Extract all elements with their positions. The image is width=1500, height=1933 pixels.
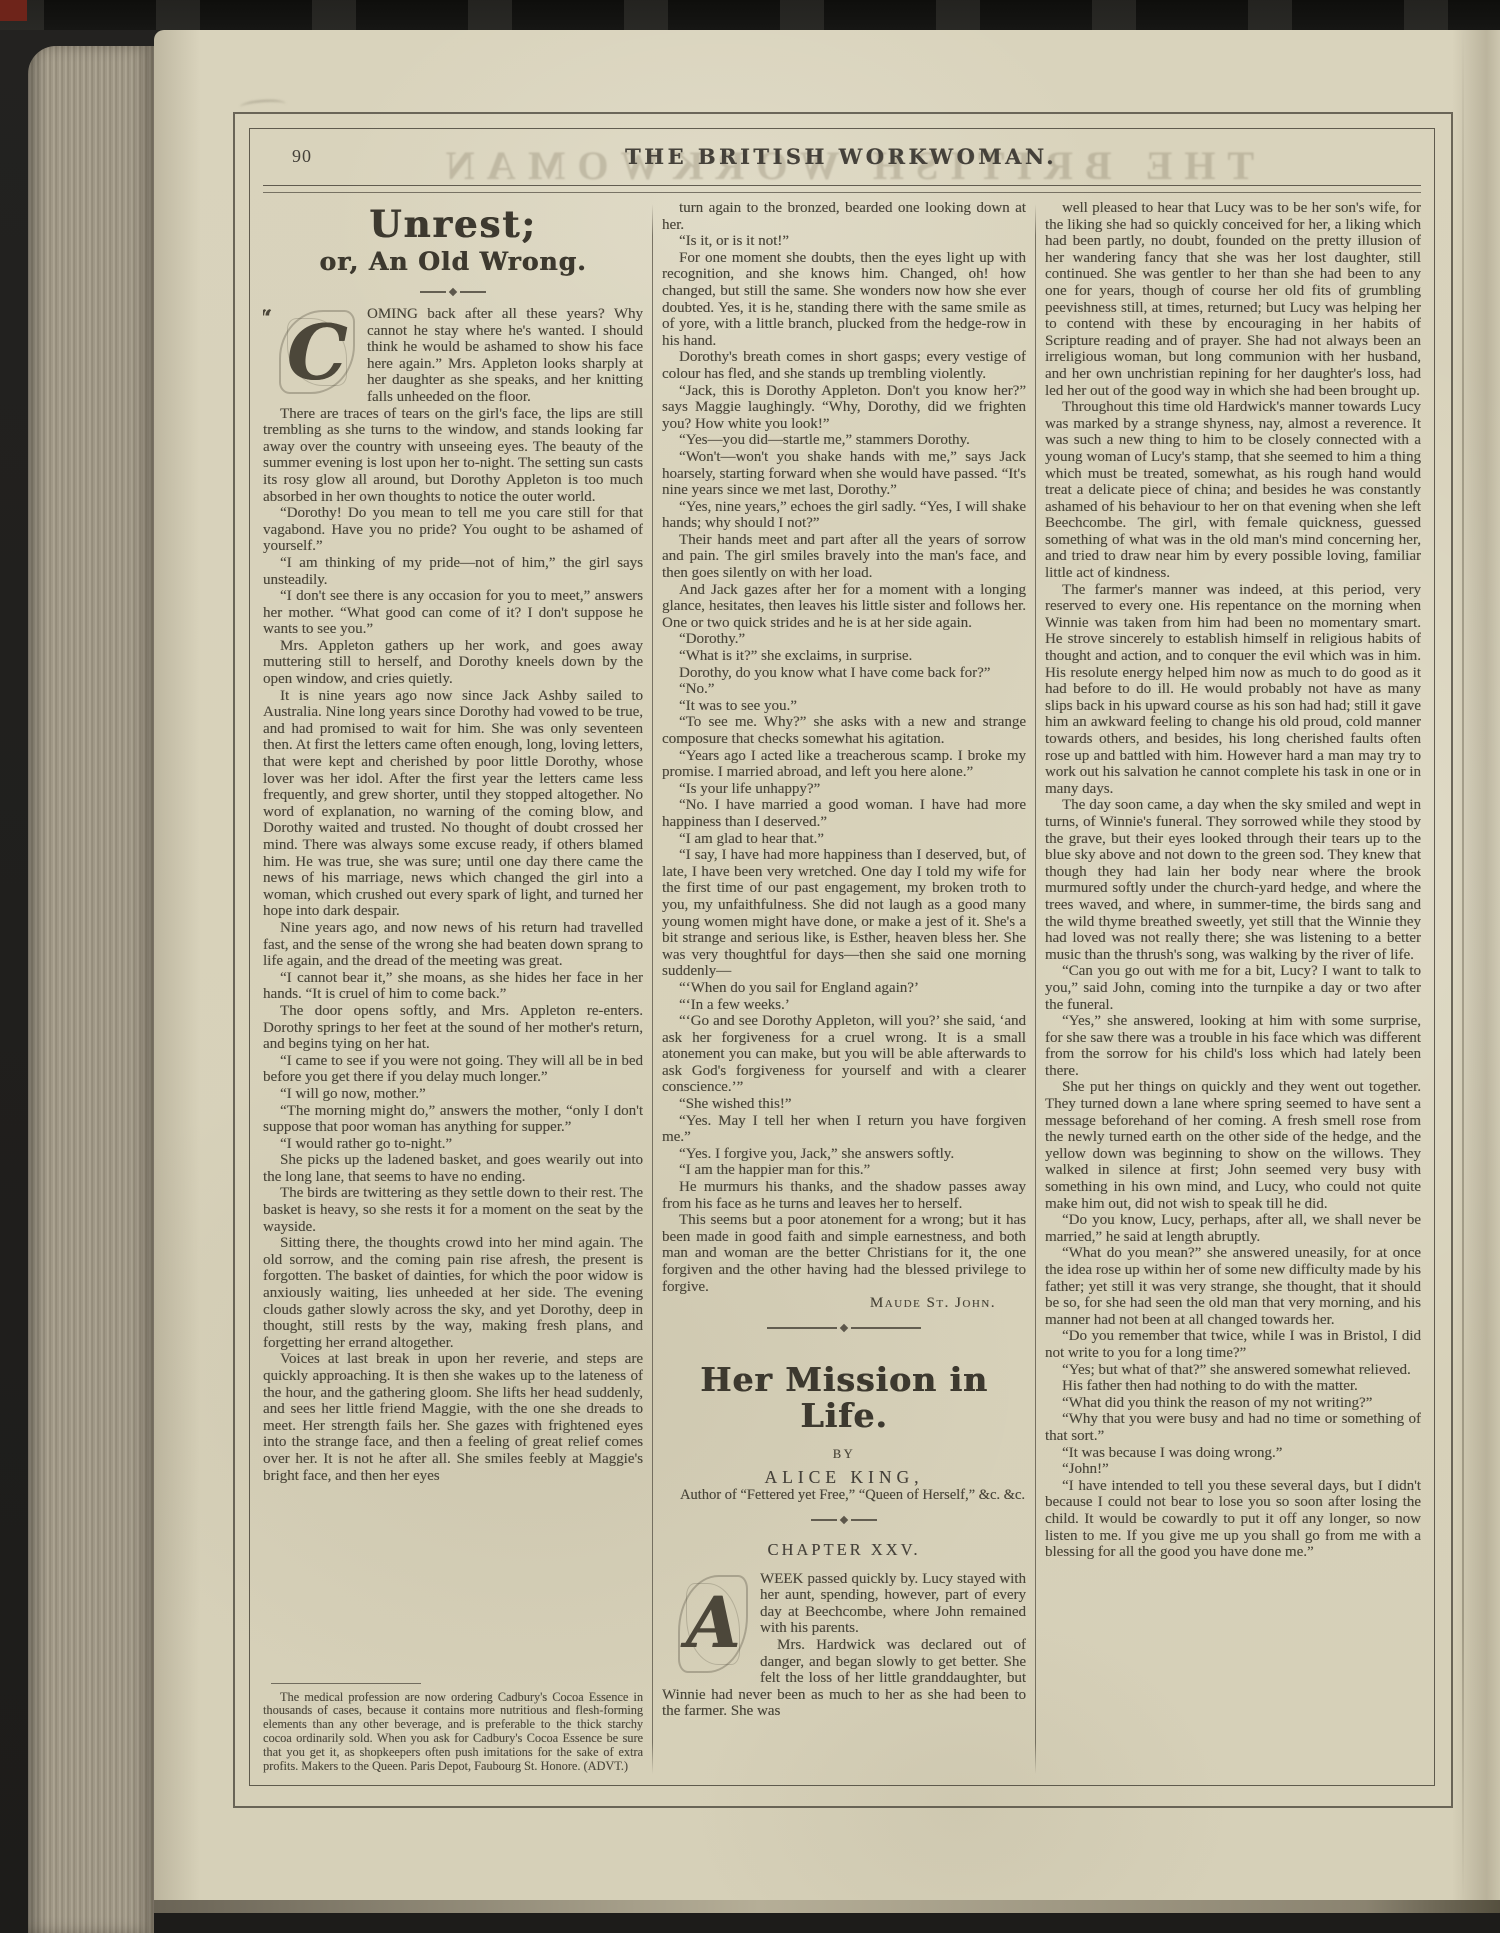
paragraph: “Dorothy! Do you mean to tell me you car… (263, 505, 643, 555)
paragraph: “I cannot bear it,” she moans, as she hi… (263, 970, 643, 1003)
paragraph: She picks up the ladened basket, and goe… (263, 1152, 643, 1185)
paragraph: “Can you go out with me for a bit, Lucy?… (1045, 963, 1421, 1013)
paragraph: “‘When do you sail for England again?’ (662, 980, 1026, 997)
paragraph: “To see me. Why?” she asks with a new an… (662, 714, 1026, 747)
paragraph: “Dorothy.” (662, 631, 1026, 648)
paragraph: “Won't—won't you shake hands with me,” s… (662, 449, 1026, 499)
story2-author: ALICE KING, (662, 1469, 1026, 1486)
paragraph: “Is your life unhappy?” (662, 781, 1026, 798)
paragraph: His father then had nothing to do with t… (1045, 1378, 1421, 1395)
paragraph: Voices at last break in upon her reverie… (263, 1351, 643, 1484)
paragraph: He murmurs his thanks, and the shadow pa… (662, 1179, 1026, 1212)
paragraph: “Yes, nine years,” echoes the girl sadly… (662, 499, 1026, 532)
paragraph: “Yes,” she answered, looking at him with… (1045, 1013, 1421, 1079)
paragraph: “Yes. I forgive you, Jack,” she answers … (662, 1146, 1026, 1163)
paragraph: She put her things on quickly and they w… (1045, 1079, 1421, 1212)
paragraph: “Yes. May I tell her when I return you h… (662, 1113, 1026, 1146)
ornament-line (851, 1519, 877, 1521)
paragraph: Nine years ago, and now news of his retu… (263, 920, 643, 970)
page-curl-highlight (1462, 30, 1464, 1900)
story1-column2-text: turn again to the bronzed, bearded one l… (662, 200, 1026, 1295)
paragraph: “I am glad to hear that.” (662, 831, 1026, 848)
paragraph: “I am the happier man for this.” (662, 1162, 1026, 1179)
masthead-title: THE BRITISH WORKWOMAN. (249, 144, 1433, 169)
paragraph: “Jack, this is Dorothy Appleton. Don't y… (662, 383, 1026, 433)
paragraph: There are traces of tears on the girl's … (263, 406, 643, 506)
paragraph: Sitting there, the thoughts crowd into h… (263, 1235, 643, 1351)
section-divider (662, 1324, 1026, 1332)
ornament-diamond (449, 288, 457, 296)
page-bottom-edge (154, 1900, 1500, 1913)
column-3: well pleased to hear that Lucy was to be… (1045, 200, 1421, 1774)
column-2: turn again to the bronzed, bearded one l… (662, 200, 1026, 1774)
paragraph: Their hands meet and part after all the … (662, 532, 1026, 582)
column-1: Unrest; or, An Old Wrong. “COMING back a… (263, 200, 643, 1774)
paragraph: “Do you know, Lucy, perhaps, after all, … (1045, 1212, 1421, 1245)
paragraph: The birds are twittering as they settle … (263, 1185, 643, 1235)
advert-block: The medical profession are now ordering … (263, 1677, 643, 1774)
paragraph: The farmer's manner was indeed, at this … (1045, 582, 1421, 798)
paragraph: well pleased to hear that Lucy was to be… (1045, 200, 1421, 399)
masthead-rule (263, 185, 1421, 193)
ornament-line (767, 1327, 837, 1329)
paragraph: “John!” (1045, 1461, 1421, 1478)
story2-by-label: BY (662, 1446, 1026, 1463)
paragraph: Throughout this time old Hardwick's mann… (1045, 399, 1421, 582)
pencil-mark (240, 98, 287, 112)
paragraph: “I will go now, mother.” (263, 1086, 643, 1103)
story2-column2-text: AWEEK passed quickly by. Lucy stayed wit… (662, 1571, 1026, 1720)
magazine-page: THE BRITISH WORKWOMAN 90 THE BRITISH WOR… (154, 30, 1500, 1900)
ornament-diamond (840, 1324, 848, 1332)
story2-chapter-heading: CHAPTER XXV. (662, 1542, 1026, 1559)
paragraph: “I would rather go to-night.” (263, 1136, 643, 1153)
paragraph: “It was because I was doing wrong.” (1045, 1445, 1421, 1462)
ornate-initial: “C (275, 310, 359, 400)
paragraph: “I don't see there is any occasion for y… (263, 588, 643, 638)
paragraph: “No. I have married a good woman. I have… (662, 797, 1026, 830)
paragraph: “No.” (662, 681, 1026, 698)
ornament-line (420, 291, 446, 293)
story2-title: Her Mission in Life. (662, 1362, 1026, 1434)
paragraph: For one moment she doubts, then the eyes… (662, 250, 1026, 350)
paragraph: “Yes; but what of that?” she answered so… (1045, 1362, 1421, 1379)
text-columns: Unrest; or, An Old Wrong. “COMING back a… (263, 200, 1421, 1774)
paragraph: It is nine years ago now since Jack Ashb… (263, 688, 643, 920)
ornament-line (460, 291, 486, 293)
paragraph: “What do you mean?” she answered uneasil… (1045, 1245, 1421, 1328)
paragraph: “The morning might do,” answers the moth… (263, 1103, 643, 1136)
paragraph: Dorothy, do you know what I have come ba… (662, 665, 1026, 682)
paragraph: The day soon came, a day when the sky sm… (1045, 797, 1421, 963)
ornament-diamond (840, 1516, 848, 1524)
paragraph: “I say, I have had more happiness than I… (662, 847, 1026, 980)
ornament-line (811, 1519, 837, 1521)
paragraph: “‘In a few weeks.’ (662, 997, 1026, 1014)
paragraph: “I came to see if you were not going. Th… (263, 1053, 643, 1086)
paragraph: The door opens softly, and Mrs. Appleton… (263, 1003, 643, 1053)
paragraph: “Is it, or is it not!” (662, 233, 1026, 250)
story2-column3-text: well pleased to hear that Lucy was to be… (1045, 200, 1421, 1561)
book-scan-photo: THE BRITISH WORKWOMAN 90 THE BRITISH WOR… (0, 0, 1500, 1933)
paragraph: “I am thinking of my pride—not of him,” … (263, 555, 643, 588)
paragraph: “‘Go and see Dorothy Appleton, will you?… (662, 1013, 1026, 1096)
scan-top-edge (0, 0, 1500, 30)
story1-subtitle: or, An Old Wrong. (263, 248, 643, 276)
ornament-line (851, 1327, 921, 1329)
page-stack-fore-edge (28, 46, 154, 1933)
story1-column1-text: “COMING back after all these years? Why … (263, 306, 643, 1484)
paragraph: AWEEK passed quickly by. Lucy stayed wit… (662, 1571, 1026, 1637)
paragraph: “I have intended to tell you these sever… (1045, 1478, 1421, 1561)
paragraph: turn again to the bronzed, bearded one l… (662, 200, 1026, 233)
paragraph: “What is it?” she exclaims, in surprise. (662, 648, 1026, 665)
paragraph: “Why that you were busy and had no time … (1045, 1411, 1421, 1444)
paragraph: “COMING back after all these years? Why … (263, 306, 643, 406)
story2-author-credit: Author of “Fettered yet Free,” “Queen of… (662, 1486, 1026, 1504)
paragraph: “What did you think the reason of my not… (1045, 1395, 1421, 1412)
ornate-initial: A (674, 1575, 752, 1679)
red-corner-mark (0, 0, 27, 21)
story1-title: Unrest; (263, 204, 643, 244)
column-rule-1 (652, 204, 653, 1774)
ornament-divider (662, 1516, 1026, 1524)
advert-text: The medical profession are now ordering … (263, 1691, 643, 1774)
story1-author-signature: Maude St. John. (662, 1295, 1026, 1312)
paragraph: “Do you remember that twice, while I was… (1045, 1328, 1421, 1361)
ornament-divider (420, 288, 486, 296)
paragraph: “She wished this!” (662, 1096, 1026, 1113)
paragraph: “It was to see you.” (662, 698, 1026, 715)
advert-rule (271, 1683, 421, 1684)
paragraph: “Yes—you did—startle me,” stammers Dorot… (662, 432, 1026, 449)
paragraph: Mrs. Appleton gathers up her work, and g… (263, 638, 643, 688)
paragraph: And Jack gazes after her for a moment wi… (662, 582, 1026, 632)
paragraph: Dorothy's breath comes in short gasps; e… (662, 349, 1026, 382)
column-rule-2 (1035, 204, 1036, 1774)
paragraph: “Years ago I acted like a treacherous sc… (662, 748, 1026, 781)
paragraph: This seems but a poor atonement for a wr… (662, 1212, 1026, 1295)
leading-quote: “ (263, 308, 272, 330)
